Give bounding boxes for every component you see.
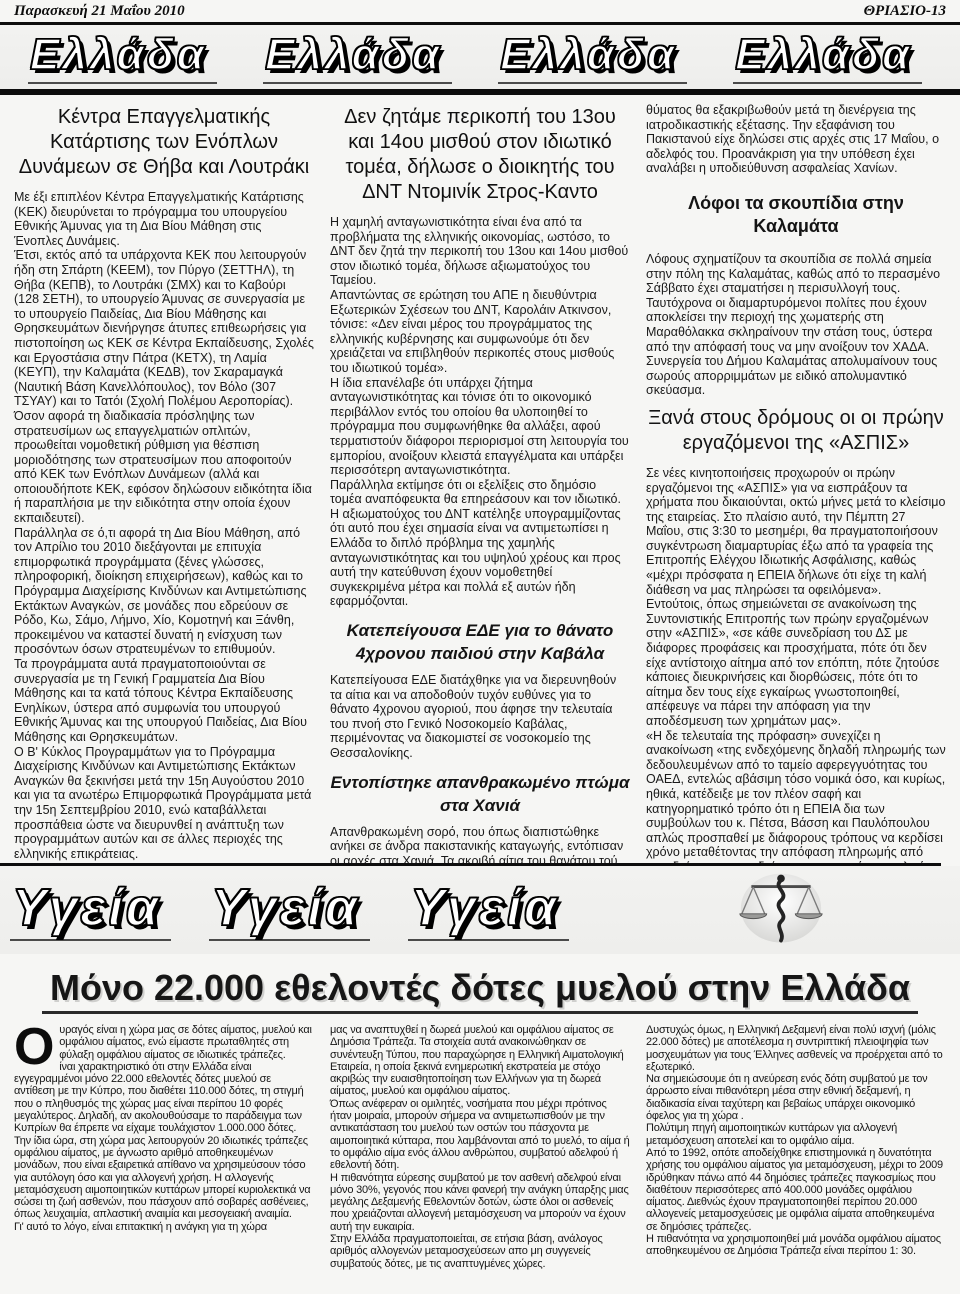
health-paragraph: μας να αναπτυχθεί η δωρεά μυελού και ομφ…	[330, 1024, 630, 1098]
ellada-banner: Ελλάδα Ελλάδα Ελλάδα Ελλάδα	[0, 25, 960, 89]
ellada-banner-word: Ελλάδα	[28, 31, 217, 84]
newspaper-page: Παρασκευή 21 Μαΐου 2010 ΘΡΙΑΣΙΟ-13 Ελλάδ…	[0, 0, 960, 1294]
article-kek-thiva: Κέντρα Επαγγελματικής Κατάρτισης των Ενό…	[14, 103, 314, 863]
subhead-aspis: Ξανά στους δρόμους οι οι πρώην εργαζόμεν…	[646, 406, 946, 456]
article-paragraph: Απαντώντας σε ερώτηση του ΑΠΕ η διευθύντ…	[330, 288, 630, 376]
subhead-chania: Εντοπίστηκε απανθρακωμένο πτώμα στα Χανι…	[330, 771, 630, 817]
medical-scales-icon	[738, 870, 824, 950]
health-columns: Ουραγός είναι η χώρα μας σε δότες αίματο…	[0, 1024, 960, 1276]
article-title: Κέντρα Επαγγελματικής Κατάρτισης των Ενό…	[14, 105, 314, 180]
article-paragraph: Όσον αφορά τη διαδικασία πρόσληψης των σ…	[14, 409, 314, 526]
greece-section: Κέντρα Επαγγελματικής Κατάρτισης των Ενό…	[0, 95, 960, 863]
article-paragraph: Με έξι επιπλέον Κέντρα Επαγγελματικής Κα…	[14, 190, 314, 248]
article-paragraph: θύματος θα εξακριβωθούν μετά τη διενέργε…	[646, 103, 946, 176]
health-paragraph: Όπως ανέφεραν οι ομιλητές, νοσήματα που …	[330, 1098, 630, 1172]
ygeia-banner-word: Υγεία	[209, 880, 370, 941]
health-paragraph: Η πιθανότητα να χρησιμοποιηθεί μιά μονάδ…	[646, 1233, 946, 1258]
ygeia-banner-word: Υγεία	[408, 880, 569, 941]
health-paragraph: Η πιθανότητα εύρεσης συμβατού με τον ασθ…	[330, 1172, 630, 1233]
article-paragraph: Λόφους σχηματίζουν τα σκουπίδια σε πολλά…	[646, 252, 946, 398]
ellada-banner-word: Ελλάδα	[263, 31, 452, 84]
article-paragraph: Απανθρακωμένη σορό, που όπως διαπιστώθηκ…	[330, 825, 630, 863]
health-paragraph: Δυστυχώς όμως, η Ελληνική Δεξαμενή είναι…	[646, 1024, 946, 1073]
ellada-banner-word: Ελλάδα	[733, 31, 922, 84]
health-lead-paragraph: Ουραγός είναι η χώρα μας σε δότες αίματο…	[14, 1024, 314, 1061]
article-paragraph: Παράλληλα σε ό,τι αφορά τη Δια Βίου Μάθη…	[14, 526, 314, 657]
article-paragraph: Η αξιωματούχος του ΔΝΤ κατέληξε υπογραμμ…	[330, 507, 630, 609]
masthead-date: Παρασκευή 21 Μαΐου 2010	[14, 3, 185, 20]
article-dnt-column: Δεν ζητάμε περικοπή του 13ου και 14ου μι…	[330, 103, 630, 863]
health-section: Μόνο 22.000 εθελοντές δότες μυελού στην …	[0, 954, 960, 1276]
health-paragraph: ίναι χαρακτηριστικό ότι στην Ελλάδα είνα…	[14, 1061, 314, 1135]
lead-text: υραγός είναι η χώρα μας σε δότες αίματος…	[59, 1024, 312, 1061]
article-paragraph: Ο Β' Κύκλος Προγραμμάτων για το Πρόγραμμ…	[14, 745, 314, 862]
masthead: Παρασκευή 21 Μαΐου 2010 ΘΡΙΑΣΙΟ-13	[0, 0, 960, 22]
health-paragraph: Γι' αυτό το λόγο, είναι επιτακτική η ανά…	[14, 1221, 314, 1233]
dropcap-letter: Ο	[14, 1024, 59, 1068]
health-paragraph: Από το 1992, οπότε αποδείχθηκε επιστημον…	[646, 1147, 946, 1233]
article-paragraph: Η ίδια επανέλαβε ότι υπάρχει ζήτημα αντα…	[330, 376, 630, 478]
article-paragraph: Έτσι, εκτός από τα υπάρχοντα ΚΕΚ που λει…	[14, 248, 314, 409]
health-column-3: Δυστυχώς όμως, η Ελληνική Δεξαμενή είναι…	[646, 1024, 946, 1276]
article-paragraph: Εντούτοις, όπως σημειώνεται σε ανακοίνωσ…	[646, 597, 946, 728]
health-paragraph: Την ίδια ώρα, στη χώρα μας λειτουργούν 2…	[14, 1135, 314, 1221]
health-headline-wrap: Μόνο 22.000 εθελοντές δότες μυελού στην …	[0, 954, 960, 1024]
article-title: Δεν ζητάμε περικοπή του 13ου και 14ου μι…	[330, 105, 630, 205]
subhead-kavala: Κατεπείγουσα ΕΔΕ για το θάνατο 4χρονου π…	[330, 619, 630, 665]
health-paragraph: Στην Ελλάδα πραγματοποιείται, σε ετήσια …	[330, 1233, 630, 1270]
health-paragraph: Πολύτιμη πηγή αιμοποιητικών κυττάρων για…	[646, 1122, 946, 1147]
article-paragraph: Κατεπείγουσα ΕΔΕ διατάχθηκε για να διερε…	[330, 673, 630, 761]
article-right-column: θύματος θα εξακριβωθούν μετά τη διενέργε…	[646, 103, 946, 863]
masthead-page-label: ΘΡΙΑΣΙΟ-13	[864, 3, 946, 20]
subhead-kalamata: Λόφοι τα σκουπίδια στην Καλαμάτα	[646, 192, 946, 238]
article-paragraph: Σε νέες κινητοποιήσεις προχωρούν οι πρώη…	[646, 466, 946, 597]
ellada-banner-word: Ελλάδα	[498, 31, 687, 84]
article-paragraph: Η χαμηλή ανταγωνιστικότητα είναι ένα από…	[330, 215, 630, 288]
article-paragraph: Τα προγράμματα αυτά πραγματοποιούνται σε…	[14, 657, 314, 745]
health-column-1: Ουραγός είναι η χώρα μας σε δότες αίματο…	[14, 1024, 314, 1276]
article-paragraph: Παράλληλα εκτίμησε ότι οι εξελίξεις στο …	[330, 478, 630, 507]
health-column-2: μας να αναπτυχθεί η δωρεά μυελού και ομφ…	[330, 1024, 630, 1276]
ygeia-banner: Υγεία Υγεία Υγεία	[0, 866, 960, 954]
health-headline: Μόνο 22.000 εθελοντές δότες μυελού στην …	[42, 968, 918, 1014]
health-paragraph: Να σημειώσουμε ότι η ανεύρεση ενός δότη …	[646, 1073, 946, 1122]
article-paragraph: «Η δε τελευταία της πρόφαση» συνεχίζει η…	[646, 729, 946, 863]
ygeia-banner-word: Υγεία	[10, 880, 171, 941]
